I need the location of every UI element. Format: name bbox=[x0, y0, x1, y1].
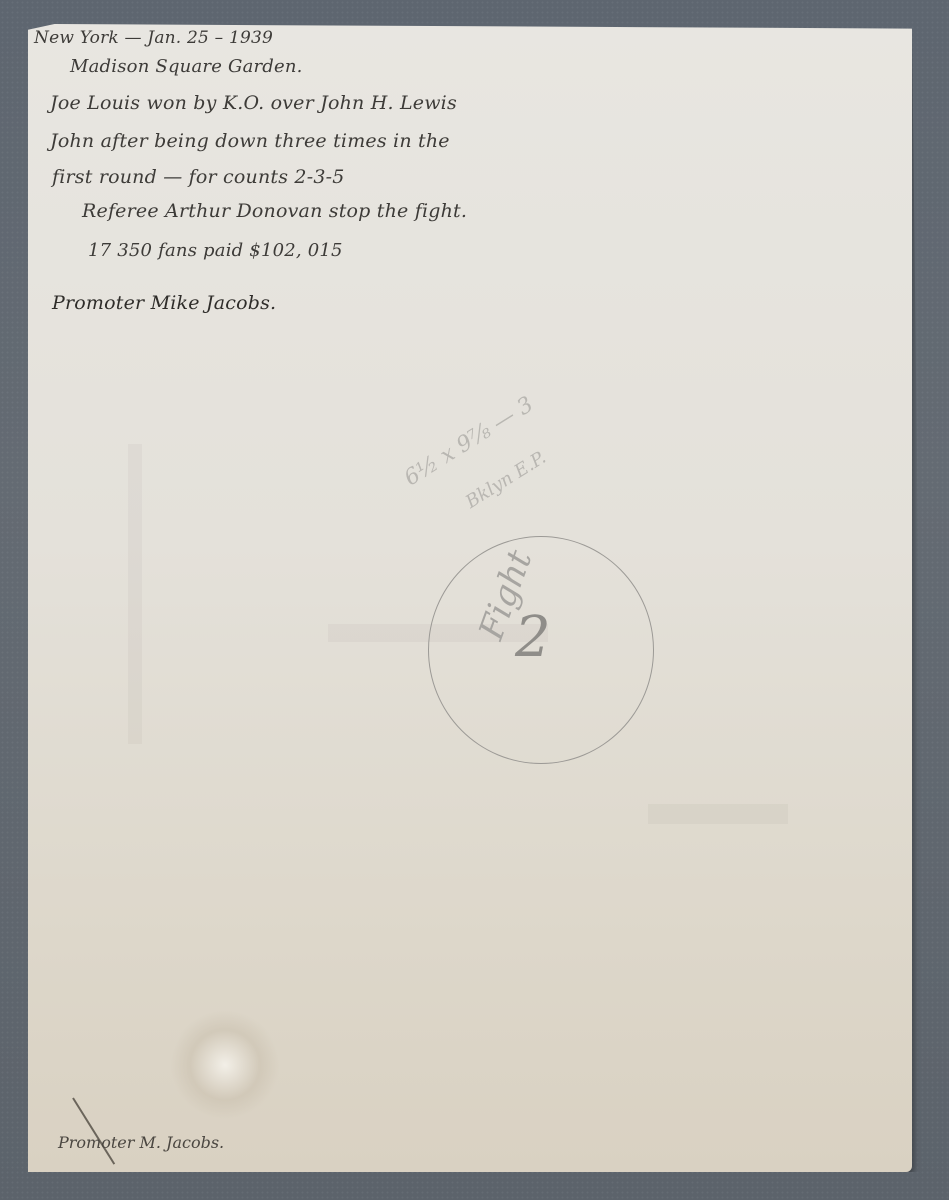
handwritten-line-venue: Madison Square Garden. bbox=[70, 56, 303, 77]
paper-crease bbox=[128, 444, 142, 744]
handwritten-line-counts: first round — for counts 2-3-5 bbox=[52, 166, 345, 188]
handwritten-line-referee: Referee Arthur Donovan stop the fight. bbox=[82, 200, 467, 222]
handwritten-line-date: New York — Jan. 25 – 1939 bbox=[34, 28, 273, 48]
handwritten-bottom-promoter: Promoter M. Jacobs. bbox=[58, 1133, 224, 1152]
paper-damage-stain bbox=[170, 1010, 280, 1120]
handwritten-line-promoter: Promoter Mike Jacobs. bbox=[52, 292, 276, 314]
paper-crease bbox=[648, 804, 788, 824]
handwritten-line-result: Joe Louis won by K.O. over John H. Lewis bbox=[50, 92, 457, 114]
circle-number: 2 bbox=[515, 605, 551, 670]
handwritten-line-attendance: 17 350 fans paid $102, 015 bbox=[88, 240, 343, 261]
handwritten-line-knockdowns: John after being down three times in the bbox=[50, 130, 450, 152]
